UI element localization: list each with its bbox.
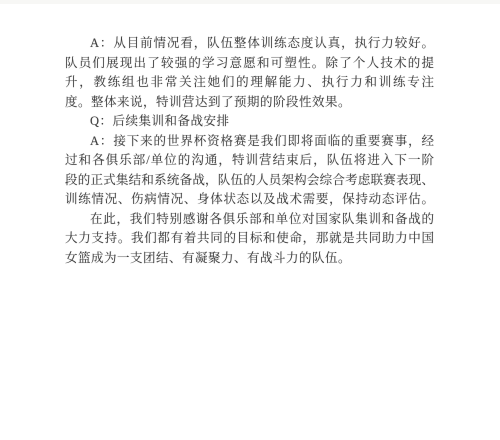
top-strip	[0, 0, 500, 4]
doc-line-11: 大力支持。我们都有着共同的目标和使命，那就是共同助力中国	[65, 229, 434, 249]
doc-line-1: A：从目前情况看，队伍整体训练态度认真，执行力较好。	[65, 34, 434, 54]
doc-line-7: 过和各俱乐部/单位的沟通，特训营结束后，队伍将进入下一阶	[65, 151, 434, 171]
document-canvas: A：从目前情况看，队伍整体训练态度认真，执行力较好。 队员们展现出了较强的学习意…	[0, 0, 500, 440]
doc-line-10: 在此，我们特别感谢各俱乐部和单位对国家队集训和备战的	[65, 210, 434, 230]
doc-line-3: 升，教练组也非常关注她们的理解能力、执行力和训练专注	[65, 73, 434, 93]
doc-line-9: 训练情况、伤病情况、身体状态以及战术需要，保持动态评估。	[65, 190, 434, 210]
doc-line-2: 队员们展现出了较强的学习意愿和可塑性。除了个人技术的提	[65, 54, 434, 74]
doc-line-4: 度。整体来说，特训营达到了预期的阶段性效果。	[65, 93, 434, 113]
doc-line-12: 女篮成为一支团结、有凝聚力、有战斗力的队伍。	[65, 249, 434, 269]
doc-line-6: A：接下来的世界杯资格赛是我们即将面临的重要赛事，经	[65, 132, 434, 152]
doc-line-8: 段的正式集结和系统备战，队伍的人员架构会综合考虑联赛表现、	[65, 171, 434, 191]
document-text-block: A：从目前情况看，队伍整体训练态度认真，执行力较好。 队员们展现出了较强的学习意…	[65, 34, 434, 268]
doc-line-5: Q：后续集训和备战安排	[65, 112, 434, 132]
